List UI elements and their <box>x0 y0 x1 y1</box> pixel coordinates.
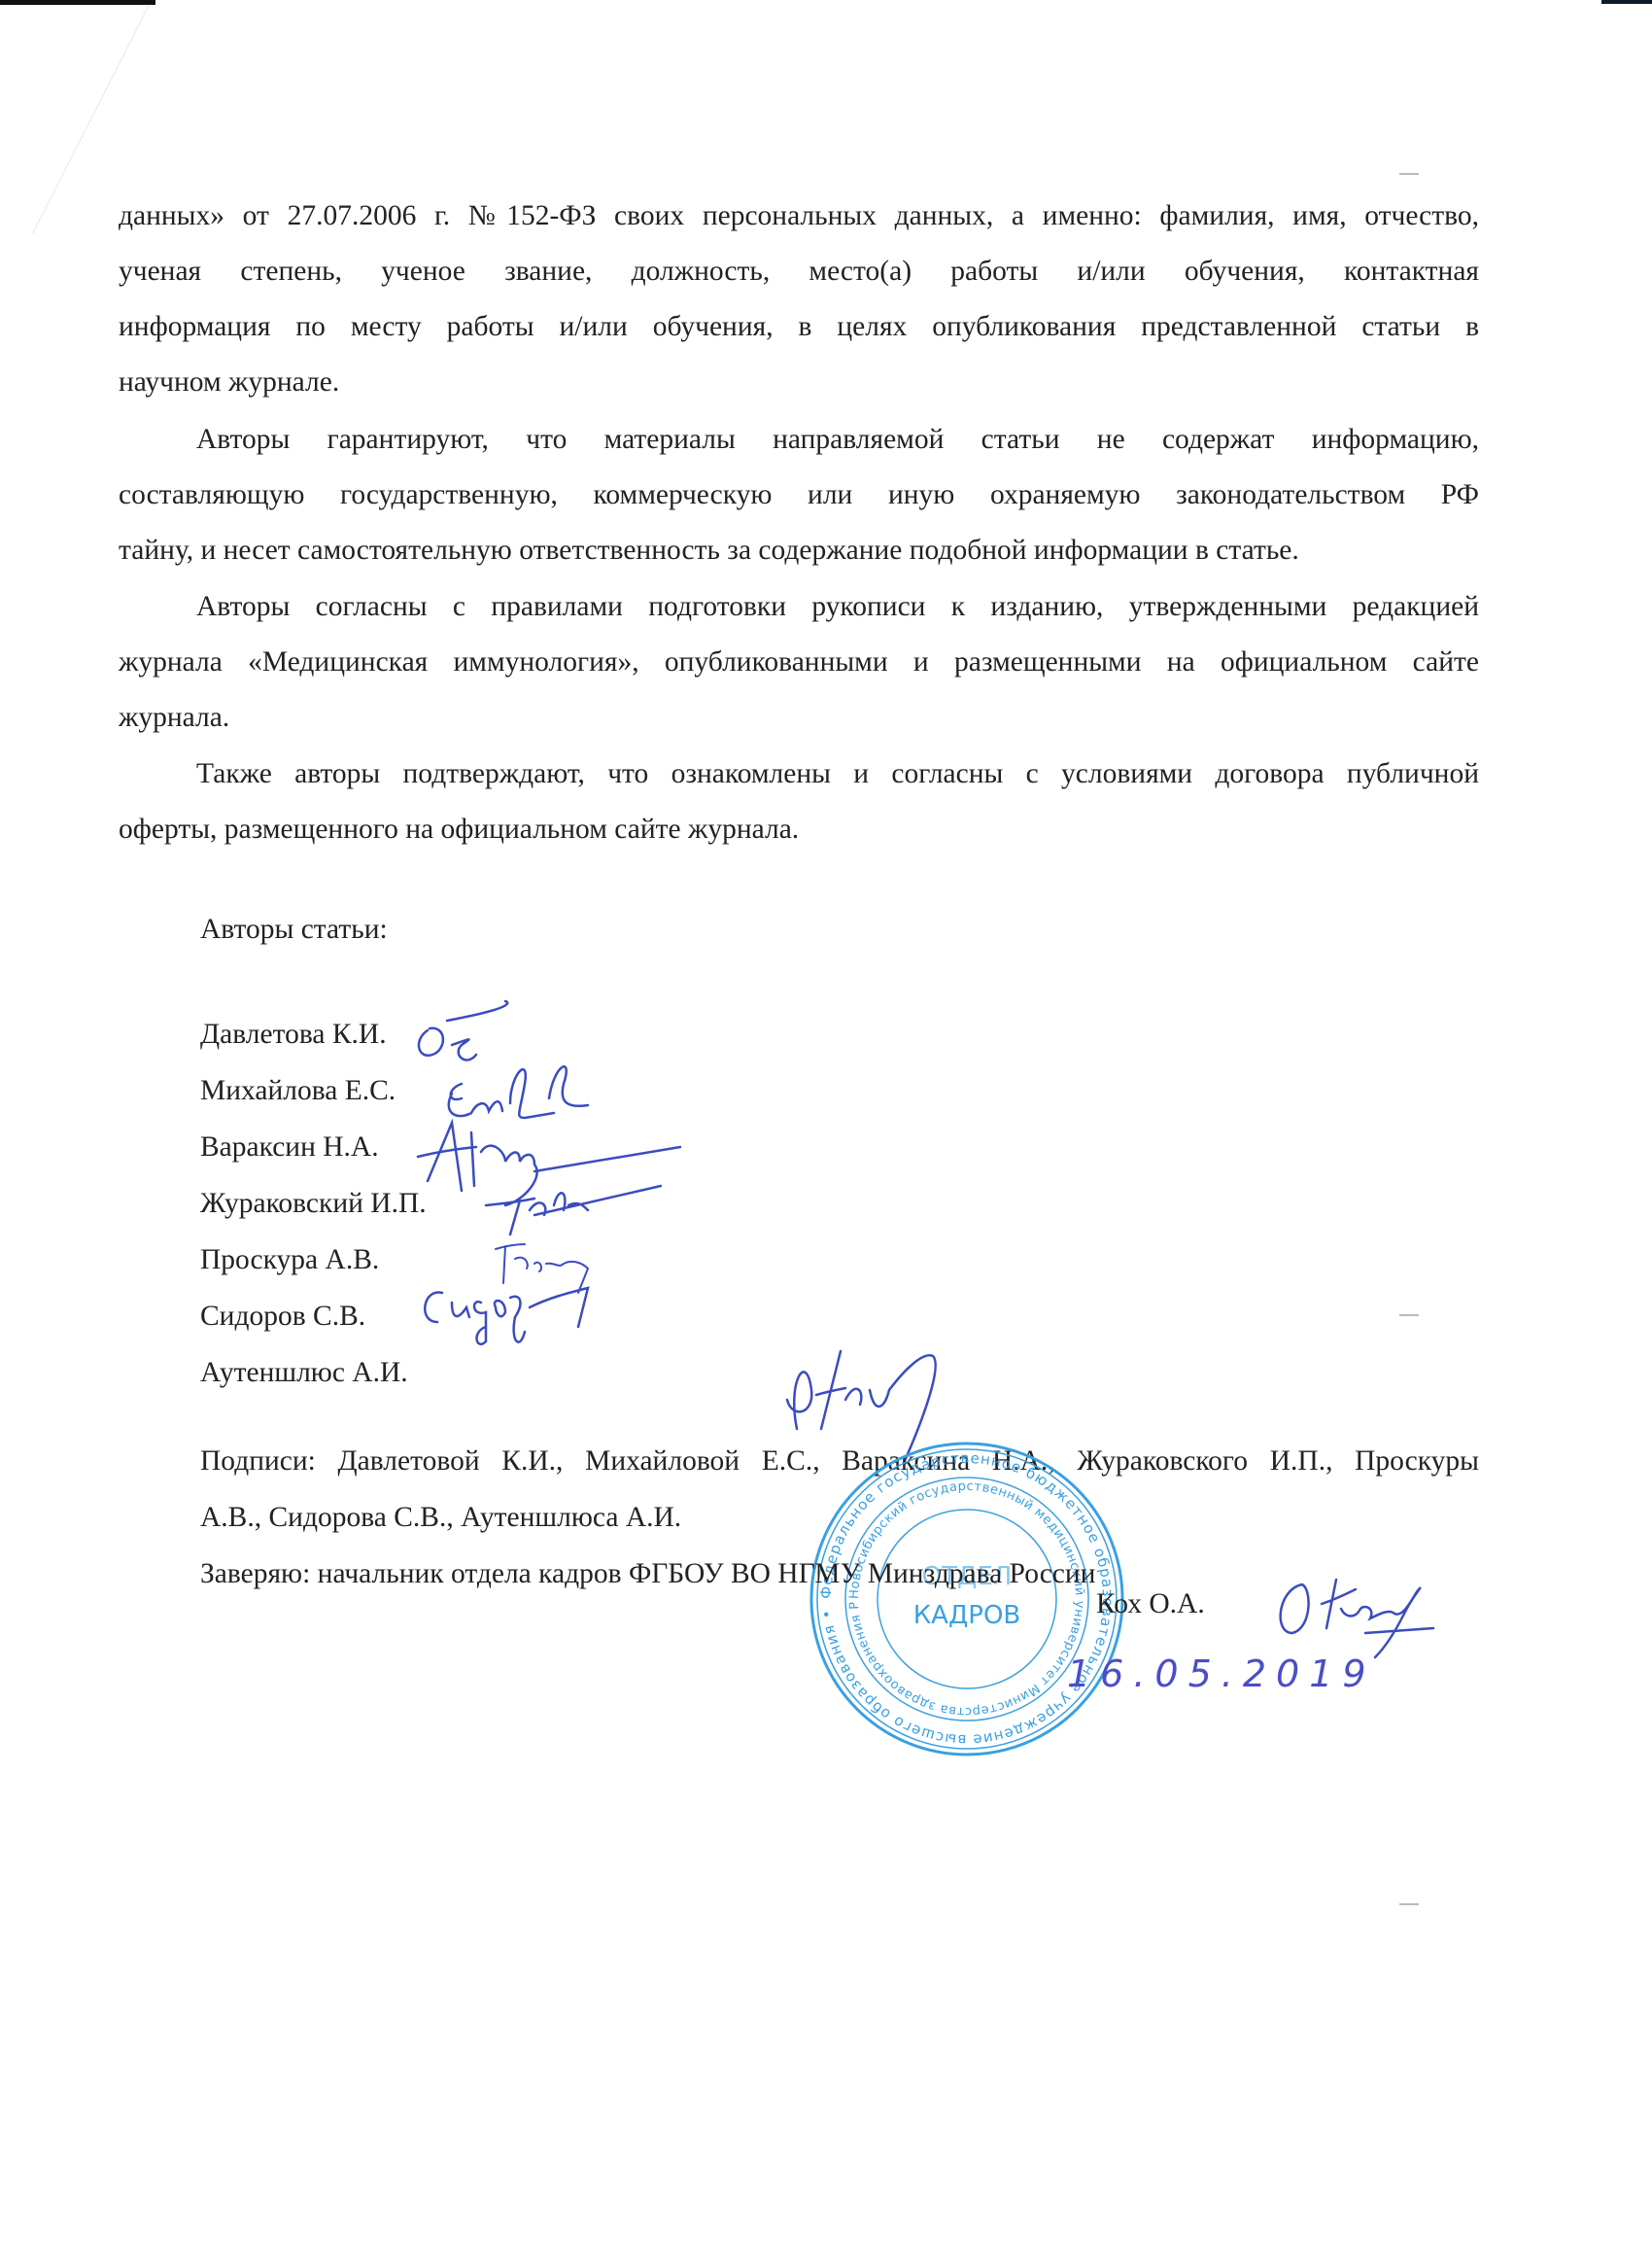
author-name: Давлетова К.И. <box>200 1019 387 1051</box>
text-line: составляющую государственную, коммерческ… <box>119 468 1479 523</box>
scan-artifact <box>1399 1903 1419 1905</box>
handwritten-date: 16.05.2019 <box>1067 1652 1376 1695</box>
text-line: журнала «Медицинская иммунология», опубл… <box>119 635 1479 690</box>
paragraph-consent: данных» от 27.07.2006 г. №152-ФЗ своих п… <box>119 189 1479 410</box>
scan-artifact <box>1399 1314 1419 1316</box>
text-line: оферты, размещенного на официальном сайт… <box>119 802 1479 857</box>
signatures-line: А.В., Сидорова С.В., Аутеншлюса А.И. <box>200 1502 681 1534</box>
paragraph-guarantee: Авторы гарантируют, что материалы направ… <box>119 412 1479 578</box>
paragraph-offer: Также авторы подтверждают, что ознакомле… <box>119 747 1479 857</box>
text-line: информация по месту работы и/или обучени… <box>119 299 1479 355</box>
certifier-name: Кох О.А. <box>1096 1588 1205 1620</box>
scan-artifact <box>1399 173 1419 175</box>
stamp-center-bottom: КАДРОВ <box>913 1601 1021 1630</box>
author-name: Михайлова Е.С. <box>200 1075 396 1107</box>
text-line: Авторы гарантируют, что материалы направ… <box>119 412 1479 468</box>
author-name: Сидоров С.В. <box>200 1301 365 1333</box>
authors-title: Авторы статьи: <box>200 914 388 946</box>
certify-line: Заверяю: начальник отдела кадров ФГБОУ В… <box>200 1558 1095 1590</box>
hr-department-stamp: Федеральное государственное бюджетное об… <box>807 1439 1127 1759</box>
text-line: научном журнале. <box>119 355 1479 410</box>
text-line: тайну, и несет самостоятельную ответстве… <box>119 523 1479 578</box>
text-line: ученая степень, ученое звание, должность… <box>119 244 1479 299</box>
author-name: Вараксин Н.А. <box>200 1131 379 1164</box>
signature-sidorov <box>413 1273 627 1375</box>
scan-edge-right <box>1601 0 1652 4</box>
author-name: Жураковский И.П. <box>200 1188 427 1220</box>
text-line: Авторы согласны с правилами подготовки р… <box>119 579 1479 635</box>
paragraph-rules: Авторы согласны с правилами подготовки р… <box>119 579 1479 746</box>
text-line: данных» от 27.07.2006 г. №152-ФЗ своих п… <box>119 189 1479 244</box>
text-line: журнала. <box>119 690 1479 746</box>
text-line: Также авторы подтверждают, что ознакомле… <box>119 747 1479 802</box>
author-name: Проскура А.В. <box>200 1244 379 1276</box>
author-name: Аутеншлюс А.И. <box>200 1357 408 1389</box>
scan-edge-left <box>0 0 155 5</box>
